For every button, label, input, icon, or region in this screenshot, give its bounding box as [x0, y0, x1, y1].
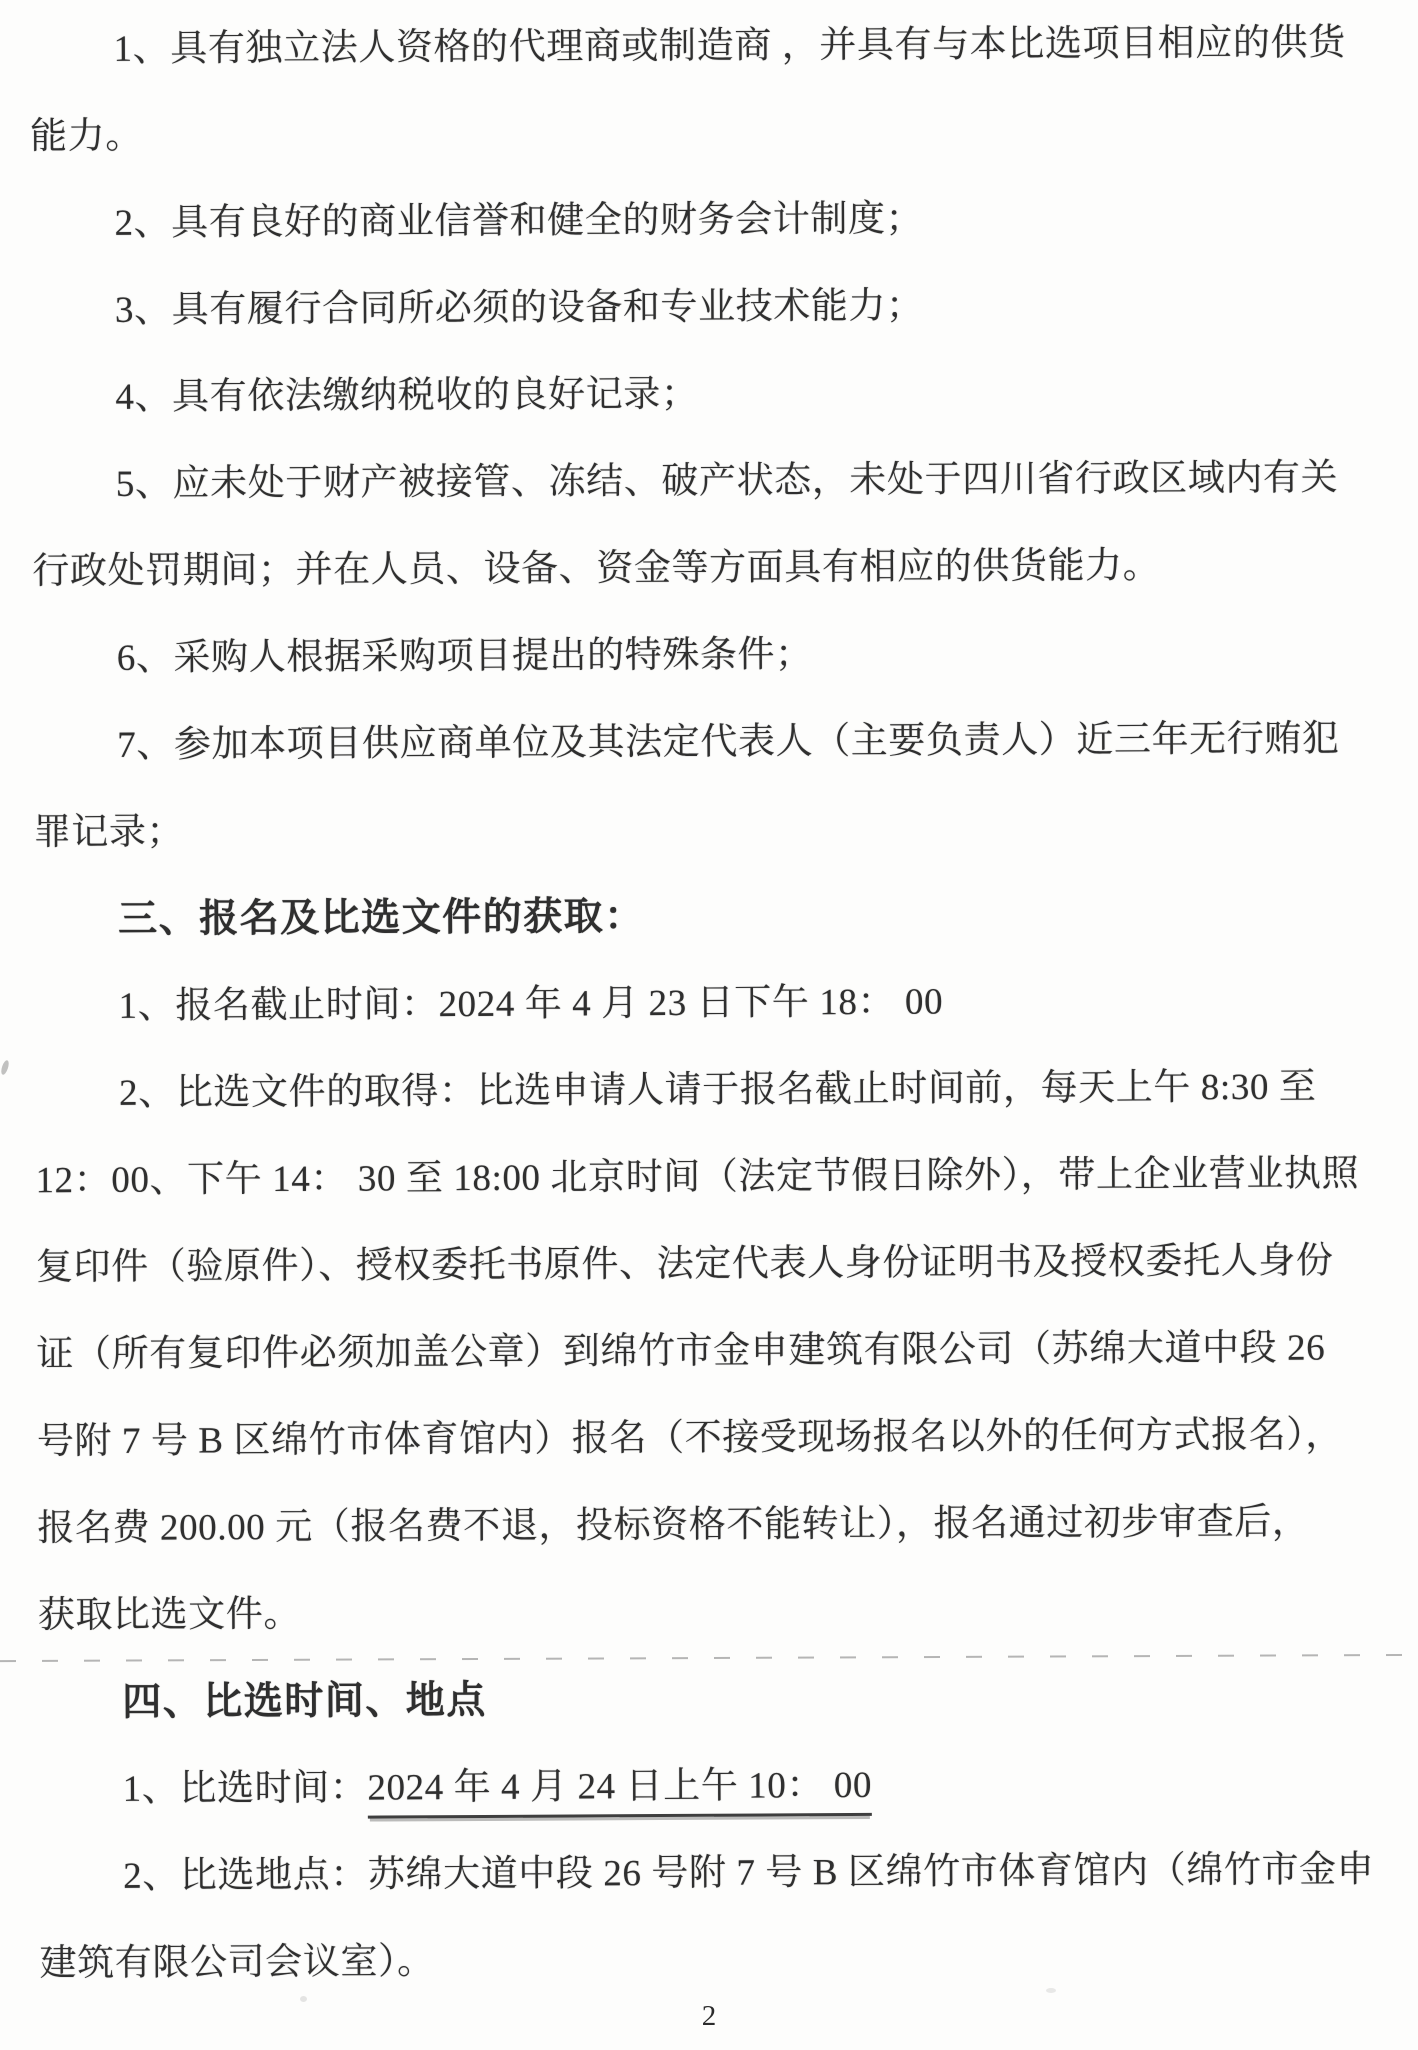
text-line: 2、比选文件的取得：比选申请人请于报名截止时间前，每天上午 8:30 至: [35, 1043, 1407, 1137]
underlined-text: 2024 年 4 月 24 日上午 10： 00: [367, 1765, 872, 1819]
text-segment: 能力。: [30, 116, 143, 158]
text-segment: 6、采购人根据采购项目提出的特殊条件；: [117, 634, 813, 679]
page-number: 2: [0, 2000, 1418, 2033]
scan-speckle: [1046, 1988, 1056, 1993]
section-heading: 四、比选时间、地点: [38, 1652, 1410, 1746]
text-line: 号附 7 号 B 区绵竹市体育馆内）报名（不接受现场报名以外的任何方式报名），: [37, 1391, 1409, 1485]
text-line: 7、参加本项目供应商单位及其法定代表人（主要负责人）近三年无行贿犯: [33, 695, 1405, 789]
text-line: 5、应未处于财产被接管、冻结、破产状态，未处于四川省行政区域内有关: [32, 434, 1404, 528]
text-segment: 罪记录；: [34, 812, 185, 854]
text-segment: 1、报名截止时间：2024 年 4 月 23 日下午 18： 00: [119, 982, 944, 1027]
text-segment: 获取比选文件。: [38, 1594, 301, 1636]
document-page: 1、具有独立法人资格的代理商或制造商 ，并具有与本比选项目相应的供货能力。2、具…: [0, 0, 1418, 2050]
text-line: 1、报名截止时间：2024 年 4 月 23 日下午 18： 00: [34, 956, 1406, 1050]
text-segment: 号附 7 号 B 区绵竹市体育馆内）报名（不接受现场报名以外的任何方式报名），: [37, 1414, 1343, 1462]
text-line: 2、具有良好的商业信誉和健全的财务会计制度；: [30, 173, 1402, 267]
text-segment: 4、具有依法缴纳税收的良好记录；: [115, 374, 698, 418]
text-segment: 复印件（验原件）、授权委托书原件、法定代表人身份证明书及授权委托人身份: [36, 1241, 1334, 1289]
text-line: 1、比选时间：2024 年 4 月 24 日上午 10： 00: [38, 1739, 1410, 1833]
text-line: 报名费 200.00 元（报名费不退，投标资格不能转让），报名通过初步审查后，: [37, 1478, 1409, 1572]
text-line: 复印件（验原件）、授权委托书原件、法定代表人身份证明书及授权委托人身份: [36, 1217, 1408, 1311]
text-segment: 行政处罚期间；并在人员、设备、资金等方面具有相应的供货能力。: [32, 545, 1160, 592]
text-segment: 12：00、下午 14： 30 至 18:00 北京时间（法定节假日除外），带上…: [35, 1153, 1359, 1201]
text-line: 12：00、下午 14： 30 至 18:00 北京时间（法定节假日除外），带上…: [35, 1130, 1407, 1224]
text-segment: 1、比选时间：: [123, 1768, 368, 1810]
text-segment: 2、具有良好的商业信誉和健全的财务会计制度；: [114, 199, 923, 244]
scan-speckle: [0, 1059, 10, 1075]
text-segment: 1、具有独立法人资格的代理商或制造商 ，并具有与本比选项目相应的供货: [113, 22, 1345, 69]
text-line: 3、具有履行合同所必须的设备和专业技术能力；: [31, 260, 1403, 354]
text-segment: 2、比选地点：苏绵大道中段 26 号附 7 号 B 区绵竹市体育馆内（绵竹市金申: [123, 1849, 1374, 1897]
text-segment: 7、参加本项目供应商单位及其法定代表人（主要负责人）近三年无行贿犯: [117, 718, 1340, 765]
text-segment: 2、比选文件的取得：比选申请人请于报名截止时间前，每天上午 8:30 至: [119, 1067, 1317, 1114]
text-line: 证（所有复印件必须加盖公章）到绵竹市金申建筑有限公司（苏绵大道中段 26: [36, 1304, 1408, 1398]
text-line: 能力。: [30, 86, 1402, 180]
text-segment: 建筑有限公司会议室）。: [40, 1941, 435, 1984]
text-segment: 3、具有履行合同所必须的设备和专业技术能力；: [115, 286, 924, 331]
text-line: 1、具有独立法人资格的代理商或制造商 ，并具有与本比选项目相应的供货: [29, 0, 1401, 93]
document-body: 1、具有独立法人资格的代理商或制造商 ，并具有与本比选项目相应的供货能力。2、具…: [29, 0, 1411, 2007]
text-line: 4、具有依法缴纳税收的良好记录；: [31, 347, 1403, 441]
text-line: 6、采购人根据采购项目提出的特殊条件；: [33, 608, 1405, 702]
text-segment: 三、报名及比选文件的获取：: [118, 895, 645, 941]
text-segment: 证（所有复印件必须加盖公章）到绵竹市金申建筑有限公司（苏绵大道中段 26: [36, 1328, 1325, 1376]
text-line: 获取比选文件。: [38, 1565, 1410, 1659]
text-line: 罪记录；: [33, 782, 1405, 876]
text-segment: 报名费 200.00 元（报名费不退，投标资格不能转让），报名通过初步审查后，: [37, 1502, 1309, 1550]
text-segment: 四、比选时间、地点: [122, 1679, 487, 1724]
text-line: 2、比选地点：苏绵大道中段 26 号附 7 号 B 区绵竹市体育馆内（绵竹市金申: [39, 1826, 1411, 1920]
section-heading: 三、报名及比选文件的获取：: [34, 869, 1406, 963]
text-line: 行政处罚期间；并在人员、设备、资金等方面具有相应的供货能力。: [32, 521, 1404, 615]
text-segment: 5、应未处于财产被接管、冻结、破产状态，未处于四川省行政区域内有关: [116, 457, 1339, 504]
text-line: 建筑有限公司会议室）。: [39, 1913, 1411, 2007]
